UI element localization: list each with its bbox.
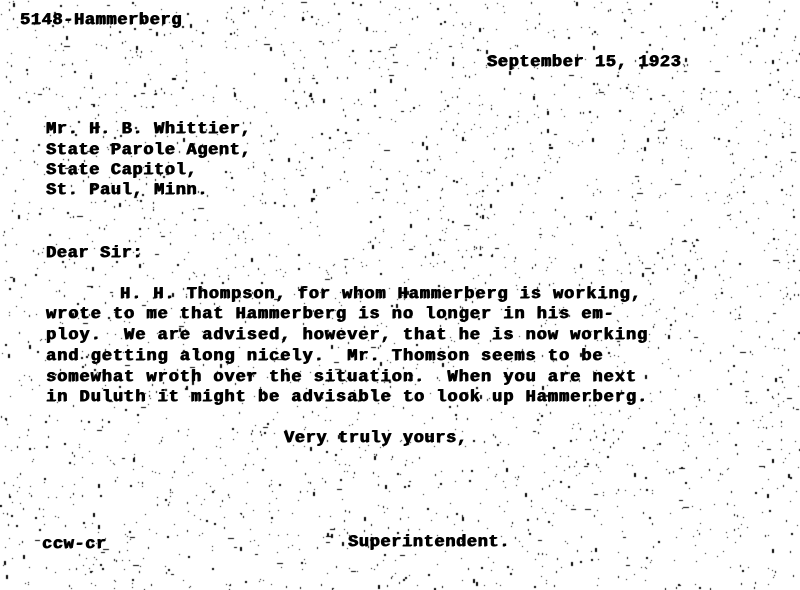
body-line: H. H. Thompson, for whom Hammerberg is w…: [120, 286, 642, 303]
body-line: and getting along nicely. Mr. Thomson se…: [46, 348, 604, 365]
recipient-line: State Capitol,: [46, 162, 197, 179]
letter-date: September 15, 1923: [487, 54, 681, 71]
body-line: in Duluth it might be advisable to look …: [46, 389, 648, 406]
file-reference: 5148-Hammerberg: [20, 12, 182, 29]
typist-initials: ccw-cr: [42, 536, 107, 553]
recipient-line: State Parole Agent,: [46, 142, 251, 159]
recipient-line: Mr. H. B. Whittier,: [46, 121, 251, 138]
salutation: Dear Sir:: [46, 245, 143, 262]
body-line: somewhat wroth over the situation. When …: [46, 369, 637, 386]
body-line: wrote to me that Hammerberg is no longer…: [46, 306, 615, 323]
closing: Very truly yours,: [284, 430, 468, 447]
body-line: ploy. We are advised, however, that he i…: [46, 327, 648, 344]
recipient-line: St. Paul, Minn.: [46, 182, 208, 199]
signature-title: Superintendent.: [348, 534, 510, 551]
